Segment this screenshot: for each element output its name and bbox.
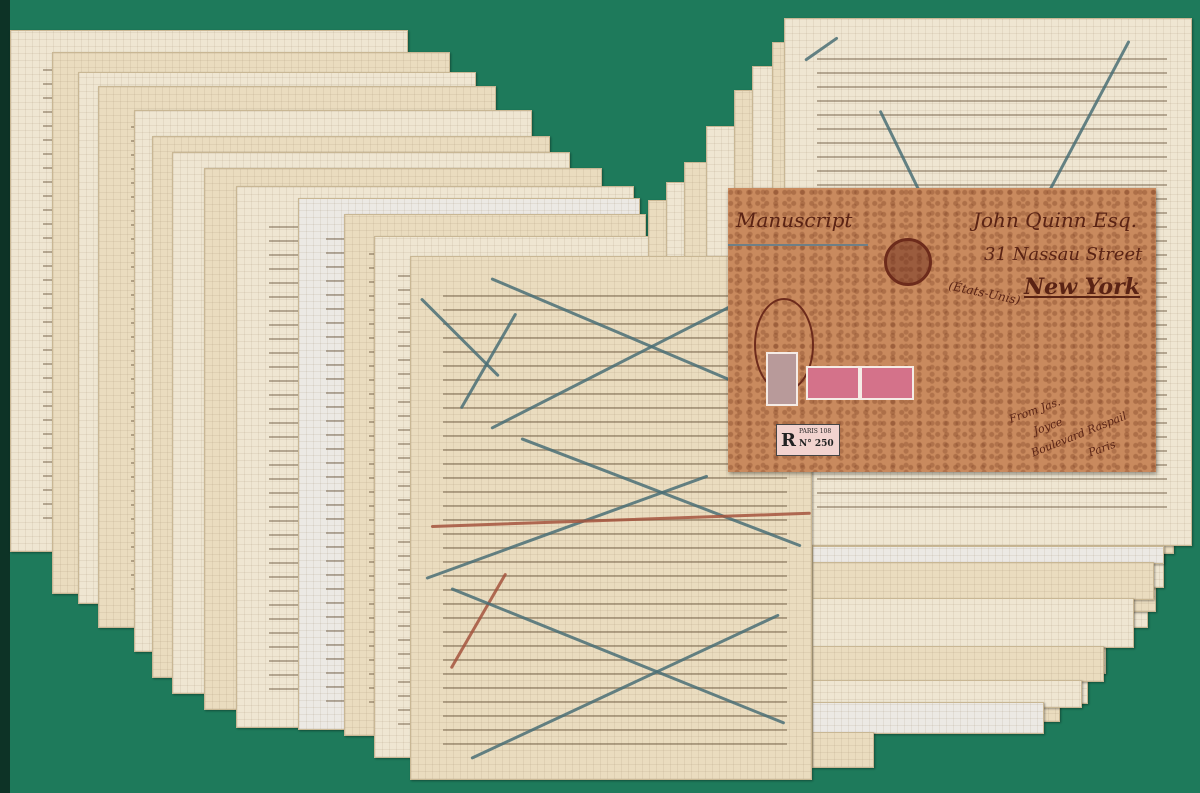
background-edge [0,0,10,793]
manuscript-strip [812,732,874,768]
manuscript-strip [812,562,1154,600]
manuscript-strip [812,598,1134,648]
postage-stamp [860,366,914,400]
registration-office: PARIS 108 [799,428,831,435]
registration-label: R PARIS 108 N° 250 [776,424,840,456]
registration-letter: R [781,430,796,451]
envelope-city: New York [1024,274,1140,300]
sender-note-4: Paris [1087,438,1118,460]
postage-stamp [806,366,860,400]
envelope-addressee: John Quinn Esq. [973,208,1137,232]
postage-stamp [766,352,798,406]
envelope-label: Manuscript [736,208,852,232]
envelope-country-note: (États-Unis) [947,279,1021,308]
envelope-street: 31 Nassau Street [984,244,1142,265]
pencil-underline [728,244,868,246]
registration-number: N° 250 [799,439,834,449]
manuscript-strip [812,646,1104,682]
postmark-seal [884,238,932,286]
manuscript-strip [812,702,1044,734]
